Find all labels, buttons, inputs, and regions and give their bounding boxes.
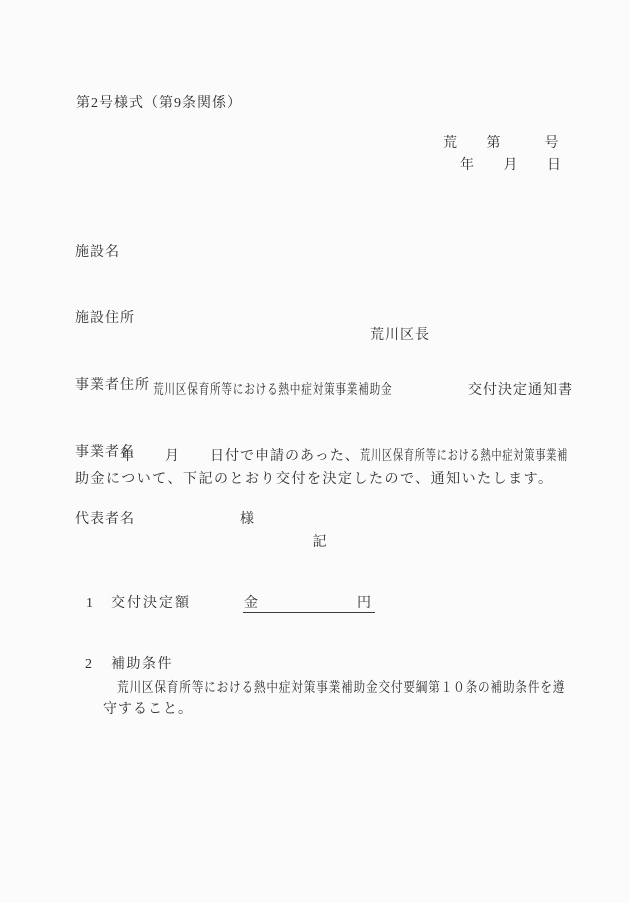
subsidy-conditions-text-line2: 守すること。 [103,702,193,717]
document-title-condensed: 荒川区保育所等における熱中症対策事業補助金 [153,383,392,398]
facility-name-label: 施設名 [75,242,255,264]
item2-number: 2 [85,657,93,672]
date-line: 年 月 日 [460,158,562,173]
body-paragraph-line1: 年 月 日付で申請のあった、荒川区保育所等における熱中症対策事業補 [75,449,630,464]
amount-underline: 金円 [243,596,375,613]
sender-name: 荒川区長 [370,328,430,343]
document-title-normal: 交付決定通知書 [468,383,573,398]
representative-line: 代表者名様 [75,509,255,531]
form-note: 第2号様式（第9条関係） [76,96,242,111]
document-page: 第2号様式（第9条関係） 荒 第 号 年 月 日 施設名 施設住所 事業者住所 … [0,0,630,903]
record-marker: 記 [0,535,630,550]
facility-address-label: 施設住所 [75,308,255,330]
document-title: 荒川区保育所等における熱中症対策事業補助金交付決定通知書 [153,383,573,398]
subsidy-conditions-label: 補助条件 [111,657,173,672]
body-paragraph-line2: 助金について、下記のとおり交付を決定したので、通知いたします。 [75,472,554,487]
decision-amount-row: 1交付決定額金円 [86,596,375,613]
honorific-sama: 様 [240,512,255,527]
representative-label: 代表者名 [75,512,135,527]
amount-prefix: 金 [244,596,259,611]
subsidy-conditions-condensed: 荒川区保育所等における熱中症対策事業補助金交付要綱第１０条の補助条件を遵 [117,681,565,696]
body-line1-condensed: 荒川区保育所等における熱中症対策事業補 [360,449,568,464]
amount-suffix: 円 [357,596,372,611]
doc-number-line: 荒 第 号 [443,136,559,151]
decision-amount-label: 交付決定額 [111,596,191,611]
body-line1-lead: 年 月 日付で申請のあった、 [75,449,360,464]
subsidy-conditions-heading: 2補助条件 [85,657,173,672]
item1-number: 1 [86,596,94,611]
subsidy-conditions-text-line1: 荒川区保育所等における熱中症対策事業補助金交付要綱第１０条の補助条件を遵 [117,681,630,696]
